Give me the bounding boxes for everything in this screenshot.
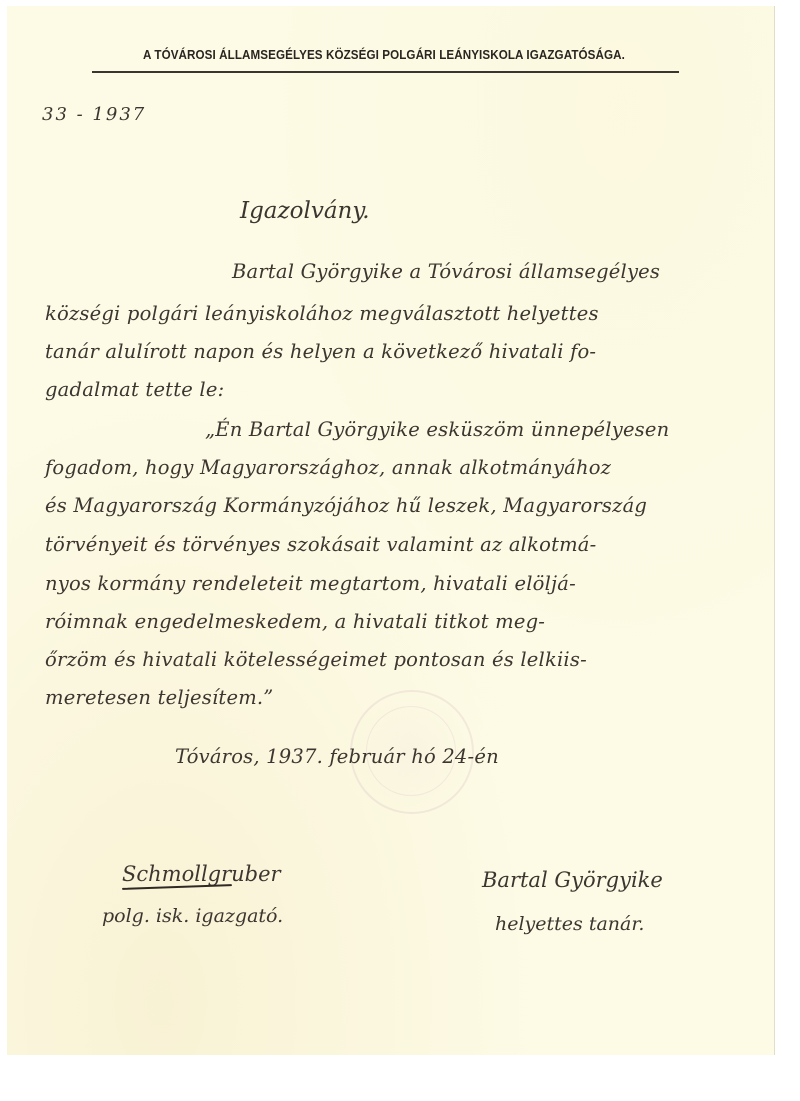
body-line: Bartal Györgyike a Tóvárosi államsegélye… — [232, 260, 660, 283]
body-line: róimnak engedelmeskedem, a hivatali titk… — [45, 610, 545, 633]
body-line: őrzöm és hivatali kötelességeimet pontos… — [45, 648, 587, 671]
body-line: gadalmat tette le: — [45, 378, 224, 401]
body-line: tanár alulírott napon és helyen a követk… — [45, 340, 596, 363]
document-title: Igazolvány. — [240, 198, 370, 224]
reference-number: 33 - 1937 — [42, 104, 146, 125]
body-line: és Magyarország Kormányzójához hű leszek… — [45, 494, 647, 517]
body-line: községi polgári leányiskolához megválasz… — [45, 302, 599, 325]
signature-director-title: polg. isk. igazgató. — [102, 905, 283, 927]
signature-teacher: Bartal Györgyike — [482, 868, 663, 892]
body-line: „Én Bartal Györgyike esküszöm ünnepélyes… — [205, 418, 669, 441]
document-paper — [7, 6, 775, 1055]
body-line: törvényeit és törvényes szokásait valami… — [45, 533, 596, 556]
signature-director: Schmollgruber — [122, 862, 281, 886]
place-and-date: Tóváros, 1937. február hó 24-én — [175, 745, 499, 768]
body-line: meretesen teljesítem.” — [45, 686, 273, 709]
signature-teacher-title: helyettes tanár. — [495, 913, 644, 935]
paper-edge-line — [774, 6, 775, 1055]
letterhead-rule — [92, 71, 679, 73]
body-line: nyos kormány rendeleteit megtartom, hiva… — [45, 572, 576, 595]
letterhead: A TÓVÁROSI ÁLLAMSEGÉLYES KÖZSÉGI POLGÁRI… — [143, 48, 636, 62]
body-line: fogadom, hogy Magyarországhoz, annak alk… — [45, 456, 611, 479]
